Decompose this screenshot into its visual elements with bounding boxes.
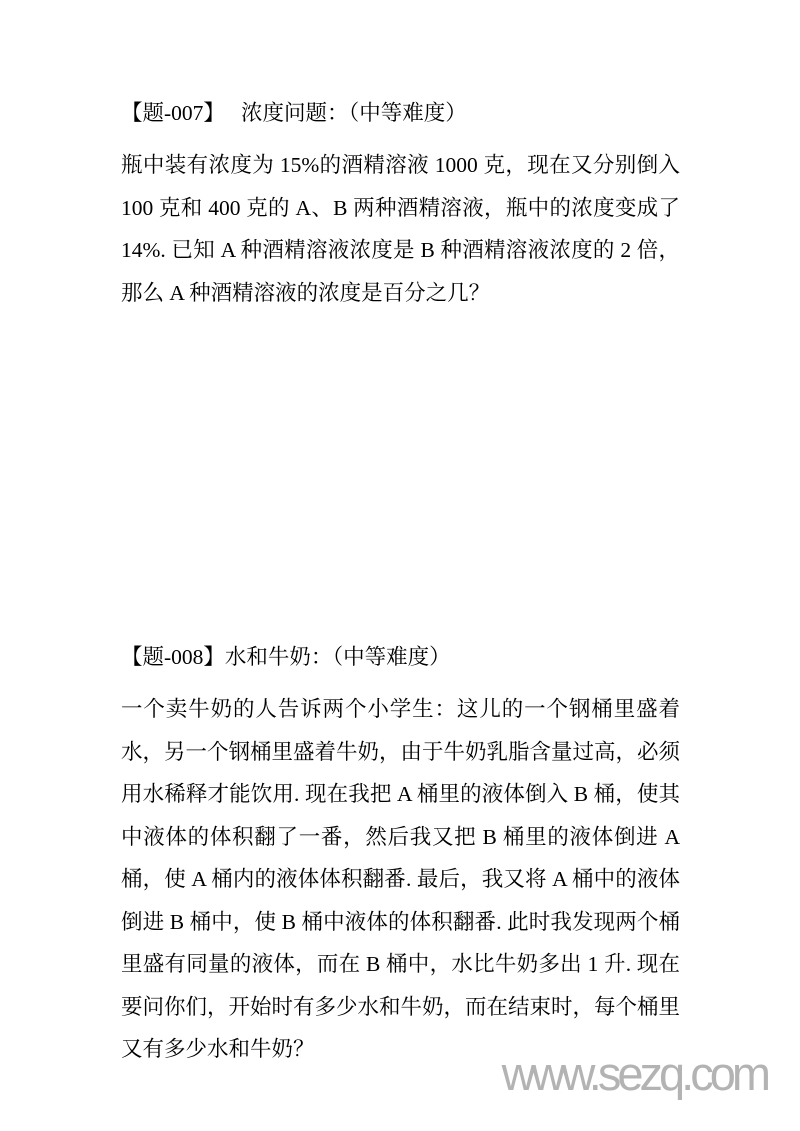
document-content: 【题-007】 浓度问题：（中等难度） 瓶中装有浓度为 15%的酒精溶液 100… xyxy=(121,92,680,1071)
problem-008-heading: 【题-008】水和牛奶：（中等难度） xyxy=(121,636,680,678)
problem-008-body: 一个卖牛奶的人告诉两个小学生：这儿的一个钢桶里盛着水，另一个钢桶里盛着牛奶，由于… xyxy=(121,688,680,1071)
problem-007-body: 瓶中装有浓度为 15%的酒精溶液 1000 克，现在又分别倒入 100 克和 4… xyxy=(121,144,680,314)
problem-007-heading: 【题-007】 浓度问题：（中等难度） xyxy=(121,92,680,134)
document-page: 【题-007】 浓度问题：（中等难度） 瓶中装有浓度为 15%的酒精溶液 100… xyxy=(0,0,800,1131)
problem-008-section: 【题-008】水和牛奶：（中等难度） 一个卖牛奶的人告诉两个小学生：这儿的一个钢… xyxy=(121,636,680,1071)
site-watermark: www.sezq.com xyxy=(502,1050,767,1097)
problem-007-section: 【题-007】 浓度问题：（中等难度） 瓶中装有浓度为 15%的酒精溶液 100… xyxy=(121,92,680,314)
